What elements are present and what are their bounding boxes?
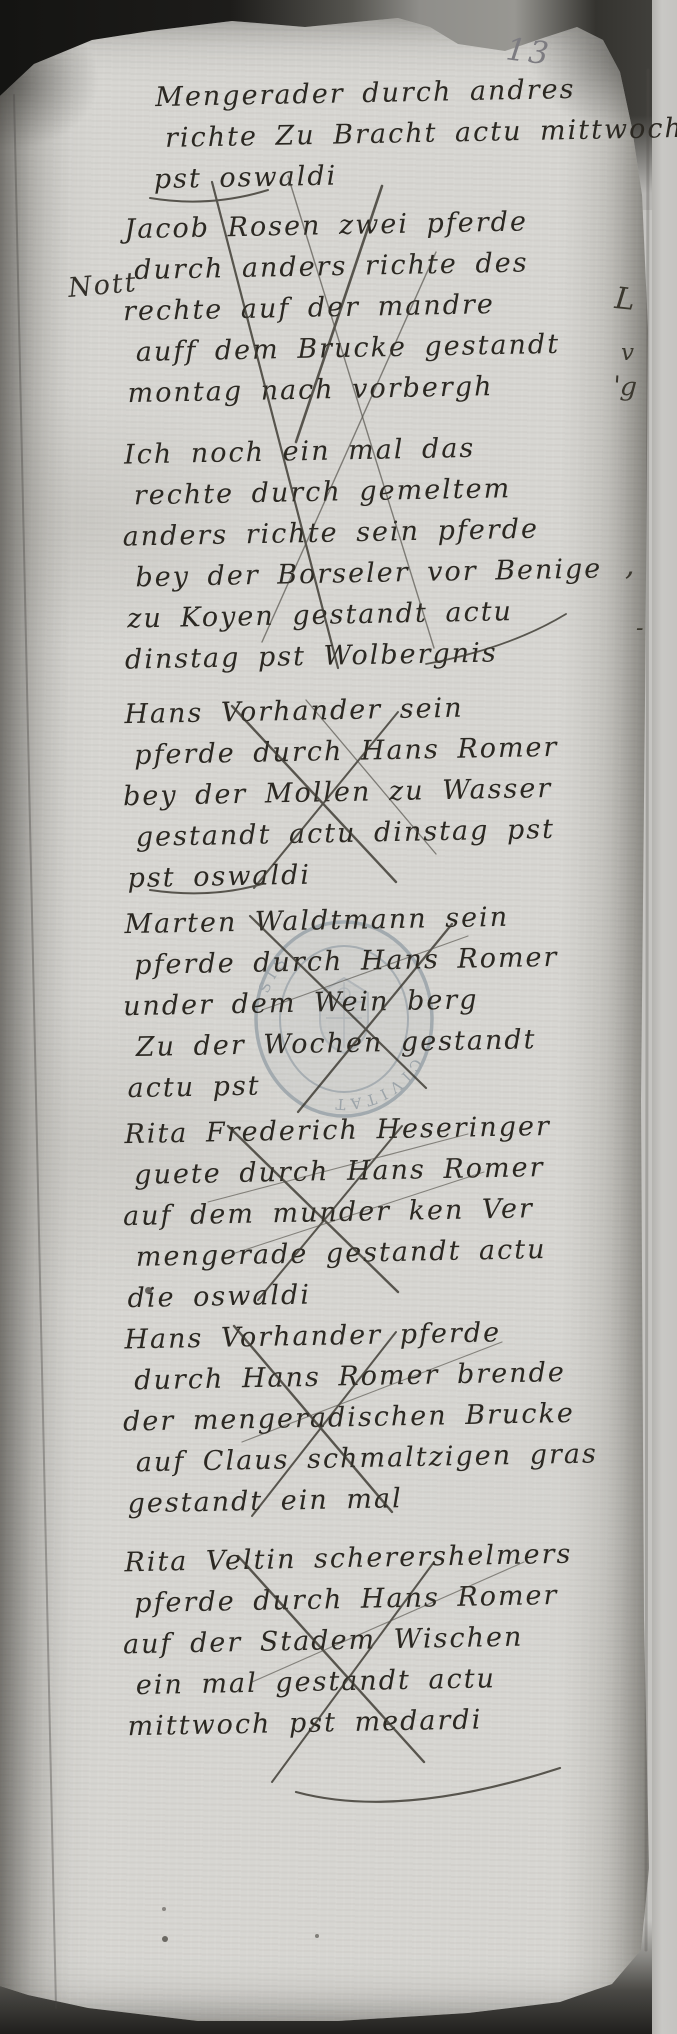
entry-paragraph-5: Marten Waldtmann sein pferde durch Hans … (124, 896, 561, 1109)
ink-speck (315, 1934, 319, 1938)
manuscript-line: auff dem Brucke gestandt (135, 324, 560, 373)
adjacent-page-sliver (652, 0, 677, 2034)
edge-letter-fragment: , (625, 548, 635, 583)
entry-paragraph-6: Rita Frederich Heseringer guete durch Ha… (124, 1106, 554, 1319)
edge-letter-fragment: L (613, 281, 636, 318)
manuscript-line: actu pst (127, 1060, 561, 1109)
entry-paragraph-2: Jacob Rosen zwei pferde durch anders ric… (124, 201, 561, 414)
entry-paragraph-8: Rita Veltin scherershelmers pferde durch… (124, 1534, 576, 1748)
entry-paragraph-1: Mengerader durch andres richte Zu Bracht… (155, 67, 677, 200)
manuscript-line: gestandt actu dinstag pst (135, 809, 560, 858)
entry-paragraph-4: Hans Vorhander sein pferde durch Hans Ro… (124, 686, 561, 899)
entry-paragraph-7: Hans Vorhander pferde durch Hans Romer b… (124, 1310, 599, 1524)
edge-letter-fragment: 'g (612, 371, 638, 403)
ink-speck (162, 1936, 168, 1942)
folio-number: 13 (504, 31, 554, 72)
manuscript-line: Zu der Wochen gestandt (135, 1019, 560, 1068)
ink-speck (162, 1907, 166, 1911)
manuscript-line: mengerade gestandt actu (135, 1229, 553, 1278)
edge-letter-fragment: v (621, 340, 634, 366)
edge-letter-fragment: - (636, 616, 643, 641)
entry-paragraph-3: Ich noch ein mal das rechte durch gemelt… (124, 425, 605, 680)
manuscript-line: pferde durch Hans Romer (134, 937, 559, 986)
manuscript-line: durch anders richte des (134, 242, 559, 291)
ink-speck (145, 1287, 152, 1294)
manuscript-line: montag nach vorbergh (127, 365, 561, 414)
manuscript-line: auf der Stadem Wischen (123, 1616, 575, 1666)
manuscript-line: mittwoch pst medardi (127, 1698, 576, 1748)
manuscript-line: pst oswaldi (127, 850, 561, 899)
